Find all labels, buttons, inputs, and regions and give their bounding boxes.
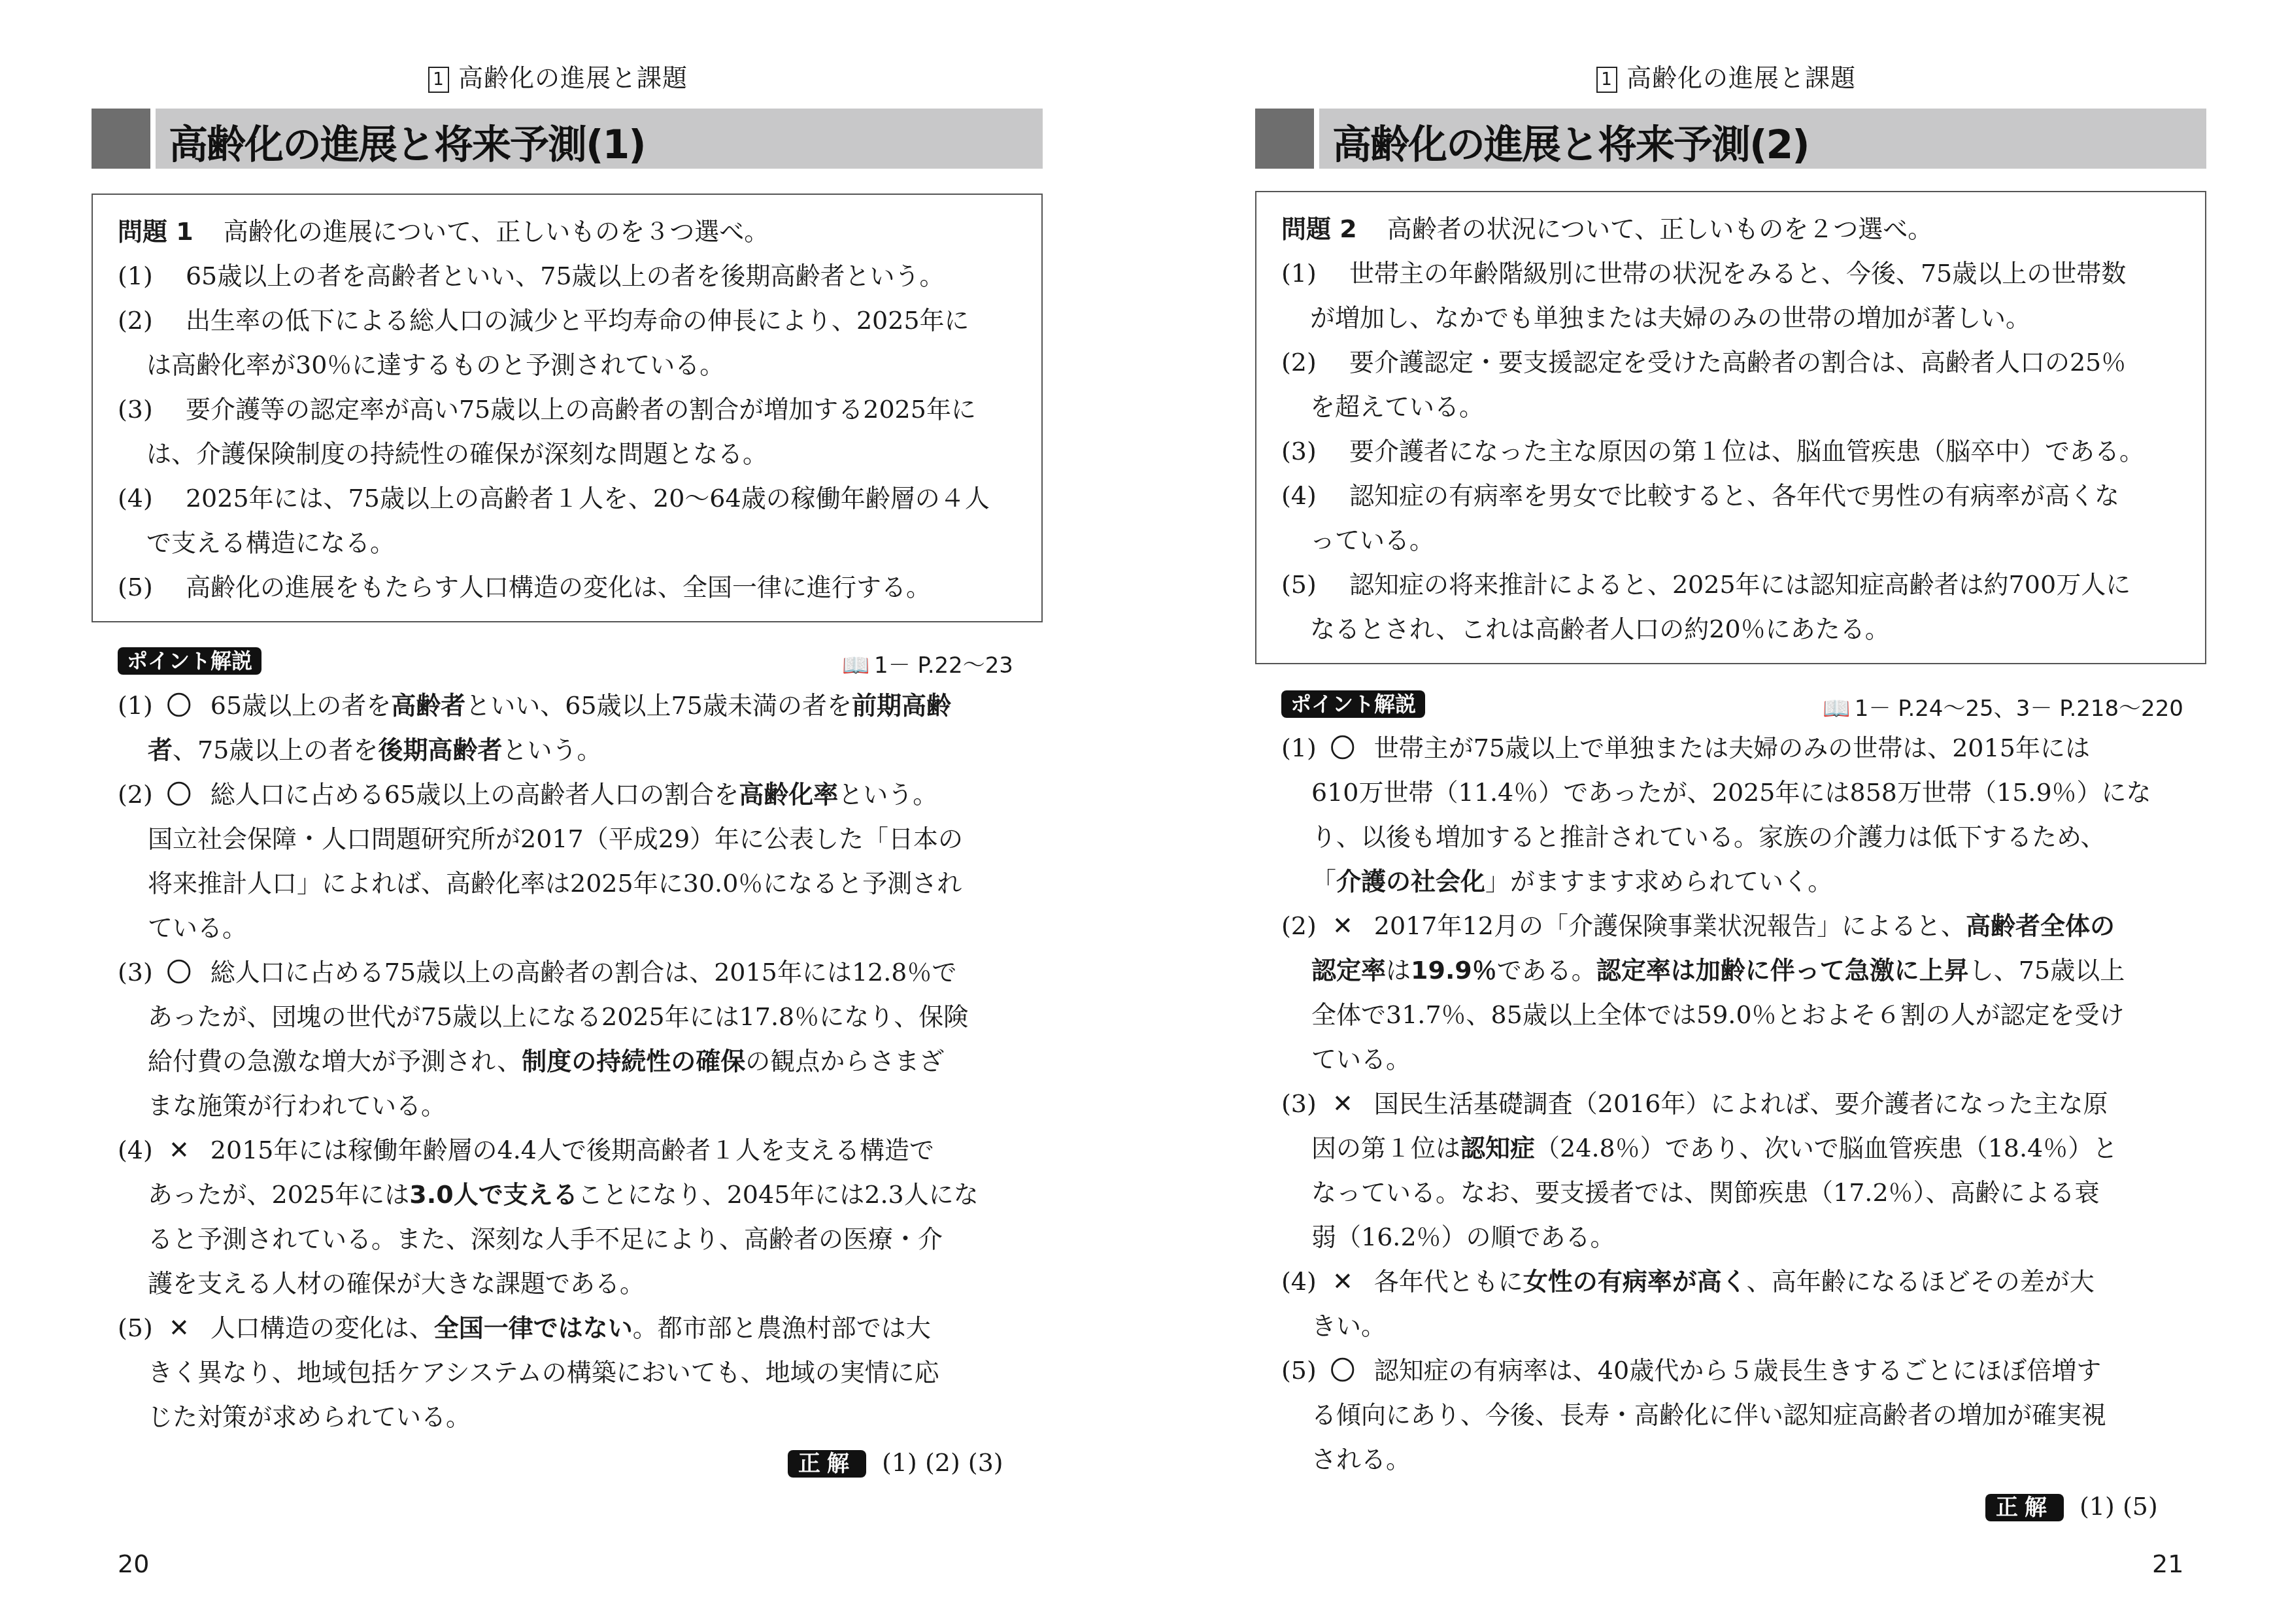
answer-badge: 正解 <box>788 1450 866 1478</box>
cross-mark-icon: ✕ <box>1328 1259 1357 1304</box>
explanation-line: (3)〇総人口に占める75歳以上の高齢者の割合は、2015年には12.8％で <box>118 950 1033 994</box>
item-number: (1) <box>1281 734 1317 762</box>
item-number: (2) <box>1281 911 1317 940</box>
open-book-icon: 📖 <box>1823 696 1850 722</box>
explanation-line: じた対策が求められている。 <box>118 1395 1033 1439</box>
body-text: といい、65歳以上75歳未満の者を <box>465 691 852 720</box>
left-page: 1高齢化の進展と課題 高齢化の進展と将来予測(1) 問題 1高齢化の進展について… <box>0 0 1145 1624</box>
cross-mark-icon: ✕ <box>165 1306 194 1350</box>
explanation-line: ている。 <box>1281 1037 2197 1081</box>
question-prompt: 高齢化の進展について、正しいものを３つ選べ。 <box>224 217 769 246</box>
answer-row: 正解(1) (5) <box>1985 1492 2158 1521</box>
explanation-line: まな施策が行われている。 <box>118 1083 1033 1128</box>
explanation-line: (4)✕各年代ともに女性の有病率が高く、高年齢になるほどその差が大 <box>1281 1259 2197 1304</box>
body-text: あったが、団塊の世代が75歳以上になる2025年には17.8％になり、保険 <box>148 1002 968 1031</box>
question-option-line: (5) 認知症の将来推計によると、2025年には認知症高齢者は約700万人に <box>1281 562 2185 607</box>
body-text: 因の第１位は <box>1311 1134 1460 1162</box>
point-badge: ポイント解説 <box>118 647 261 675</box>
explanation-line: あったが、2025年には3.0人で支えることになり、2045年には2.3人にな <box>118 1172 1033 1217</box>
body-text: る傾向にあり、今後、長寿・高齢化に伴い認知症高齢者の増加が確実視 <box>1311 1400 2106 1429</box>
explanation-line: 護を支える人材の確保が大きな課題である。 <box>118 1261 1033 1306</box>
emphasis-text: 認定率 <box>1311 956 1386 985</box>
body-text: 国民生活基礎調査（2016年）によれば、要介護者になった主な原 <box>1374 1089 2108 1118</box>
emphasis-text: 認定率は加齢に伴って急激に上昇 <box>1596 956 1969 985</box>
question-options: (1) 世帯主の年齢階級別に世帯の状況をみると、今後、75歳以上の世帯数が増加し… <box>1281 251 2185 651</box>
question-option-line: (2) 出生率の低下による総人口の減少と平均寿命の伸長により、2025年に <box>118 298 1022 343</box>
chapter-title: 高齢化の進展と課題 <box>458 63 688 92</box>
explanation-line: 弱（16.2％）の順である。 <box>1281 1215 2197 1259</box>
body-text: 610万世帯（11.4％）であったが、2025年には858万世帯（15.9％）に… <box>1311 778 2151 807</box>
body-text: きい。 <box>1311 1311 1386 1340</box>
answer-row: 正解(1) (2) (3) <box>788 1448 1003 1478</box>
question-label: 問題 1 <box>118 217 194 246</box>
answer-badge: 正解 <box>1985 1494 2064 1521</box>
explanation-line: り、以後も増加すると推計されている。家族の介護力は低下するため、 <box>1281 815 2197 859</box>
emphasis-text: 19.9％ <box>1411 956 1497 985</box>
body-text: 総人口に占める65歳以上の高齢者人口の割合を <box>210 780 739 809</box>
section-title: 高齢化の進展と将来予測(1) <box>169 114 645 170</box>
point-header: ポイント解説 📖1－ P.24〜25、3－ P.218〜220 <box>1281 690 2183 719</box>
answer-value: (1) (5) <box>2080 1492 2158 1521</box>
emphasis-text: 女性の有病率が高く <box>1523 1267 1747 1296</box>
circle-mark-icon: 〇 <box>165 772 194 817</box>
item-number: (3) <box>118 958 153 987</box>
body-text: ている。 <box>1311 1045 1411 1074</box>
question-heading: 問題 2高齢者の状況について、正しいものを２つ選べ。 <box>1281 207 2185 251</box>
question-box: 問題 1高齢化の進展について、正しいものを３つ選べ。 (1) 65歳以上の者を高… <box>92 194 1043 622</box>
question-option-line: (4) 認知症の有病率を男女で比較すると、各年代で男性の有病率が高くな <box>1281 473 2185 518</box>
emphasis-text: 3.0人で支える <box>409 1180 577 1209</box>
reference-pages: 1－ P.22〜23 <box>874 652 1013 679</box>
body-text: 2015年には稼働年齢層の4.4人で後期高齢者１人を支える構造で <box>210 1136 934 1164</box>
title-tab-decoration <box>1255 109 1319 169</box>
question-option-line: (1) 世帯主の年齢階級別に世帯の状況をみると、今後、75歳以上の世帯数 <box>1281 251 2185 296</box>
page-number: 20 <box>118 1549 149 1578</box>
explanation-line: ると予測されている。また、深刻な人手不足により、高齢者の医療・介 <box>118 1217 1033 1261</box>
body-text: という。 <box>502 736 601 764</box>
point-header: ポイント解説 📖1－ P.22〜23 <box>118 647 1013 676</box>
body-text: 世帯主が75歳以上で単独または夫婦のみの世帯は、2015年には <box>1374 734 2090 762</box>
section-title-bar: 高齢化の進展と将来予測(1) <box>92 109 1043 169</box>
question-label: 問題 2 <box>1281 214 1357 243</box>
emphasis-text: 後期高齢者 <box>378 736 502 764</box>
emphasis-text: 者 <box>148 736 173 764</box>
cross-mark-icon: ✕ <box>165 1128 194 1172</box>
question-option-line: (3) 要介護者になった主な原因の第１位は、脳血管疾患（脳卒中）である。 <box>1281 429 2185 473</box>
body-text: 総人口に占める75歳以上の高齢者の割合は、2015年には12.8％で <box>210 958 957 987</box>
explanation-line: 全体で31.7％、85歳以上全体では59.0％とおよそ６割の人が認定を受け <box>1281 992 2197 1037</box>
emphasis-text: 介護の社会化 <box>1336 867 1485 896</box>
question-options: (1) 65歳以上の者を高齢者といい、75歳以上の者を後期高齢者という。(2) … <box>118 254 1022 609</box>
explanation-line: なっている。なお、要支援者では、関節疾患（17.2％）、高齢による衰 <box>1281 1170 2197 1215</box>
running-head: 1高齢化の進展と課題 <box>1596 58 1856 93</box>
emphasis-text: 前期高齢 <box>852 691 951 720</box>
explanation-line: (1)〇世帯主が75歳以上で単独または夫婦のみの世帯は、2015年には <box>1281 726 2197 770</box>
explanation-line: (4)✕2015年には稼働年齢層の4.4人で後期高齢者１人を支える構造で <box>118 1128 1033 1172</box>
explanation-line: (5)✕人口構造の変化は、全国一律ではない。都市部と農漁村部では大 <box>118 1306 1033 1350</box>
body-text: まな施策が行われている。 <box>148 1091 446 1120</box>
question-heading: 問題 1高齢化の進展について、正しいものを３つ選べ。 <box>118 209 1022 254</box>
emphasis-text: 認知症 <box>1460 1134 1535 1162</box>
explanation-line: ている。 <box>118 905 1033 950</box>
item-number: (2) <box>118 780 153 809</box>
body-text: し、75歳以上 <box>1969 956 2125 985</box>
question-option-line: は、介護保険制度の持続性の確保が深刻な問題となる。 <box>118 431 1022 476</box>
body-text: 。都市部と農漁村部では大 <box>633 1313 931 1342</box>
circle-mark-icon: 〇 <box>1328 726 1357 770</box>
cross-mark-icon: ✕ <box>1328 1081 1357 1126</box>
body-text: （24.8％）であり、次いで脳血管疾患（18.4％）と <box>1535 1134 2117 1162</box>
explanation-line: 者、75歳以上の者を後期高齢者という。 <box>118 728 1033 772</box>
emphasis-text: 全国一律ではない <box>434 1313 633 1342</box>
page-number: 21 <box>2152 1549 2183 1578</box>
explanation-line: 因の第１位は認知症（24.8％）であり、次いで脳血管疾患（18.4％）と <box>1281 1126 2197 1170</box>
explanation-line: きい。 <box>1281 1304 2197 1348</box>
section-title-bar: 高齢化の進展と将来予測(2) <box>1255 109 2206 169</box>
answer-value: (1) (2) (3) <box>882 1448 1003 1477</box>
running-head: 1高齢化の進展と課題 <box>428 58 688 93</box>
title-tab-decoration <box>92 109 156 169</box>
body-text: 給付費の急激な増大が予測され、 <box>148 1047 522 1075</box>
reference: 📖1－ P.24〜25、3－ P.218〜220 <box>1823 690 2183 722</box>
question-option-line: (2) 要介護認定・要支援認定を受けた高齢者の割合は、高齢者人口の25％ <box>1281 340 2185 384</box>
explanation-line: きく異なり、地域包括ケアシステムの構築においても、地域の実情に応 <box>118 1350 1033 1395</box>
question-option-line: は高齢化率が30％に達するものと予測されている。 <box>118 343 1022 387</box>
item-number: (5) <box>1281 1356 1317 1385</box>
body-text: じた対策が求められている。 <box>148 1402 471 1431</box>
explanation-line: あったが、団塊の世代が75歳以上になる2025年には17.8％になり、保険 <box>118 994 1033 1039</box>
question-option-line: を超えている。 <box>1281 384 2185 429</box>
question-option-line: (3) 要介護等の認定率が高い75歳以上の高齢者の割合が増加する2025年に <box>118 387 1022 431</box>
chapter-number-box: 1 <box>428 67 449 93</box>
body-text: 護を支える人材の確保が大きな課題である。 <box>148 1269 645 1298</box>
body-text: なっている。なお、要支援者では、関節疾患（17.2％）、高齢による衰 <box>1311 1178 2100 1207</box>
item-number: (4) <box>118 1136 153 1164</box>
reference: 📖1－ P.22〜23 <box>843 647 1013 679</box>
point-badge: ポイント解説 <box>1281 690 1425 718</box>
open-book-icon: 📖 <box>843 652 870 679</box>
item-number: (3) <box>1281 1089 1317 1118</box>
explanation-line: 将来推計人口」によれば、高齢化率は2025年に30.0％になると予測され <box>118 861 1033 905</box>
body-text: 各年代ともに <box>1374 1267 1523 1296</box>
item-number: (4) <box>1281 1267 1317 1296</box>
explanation-line: 610万世帯（11.4％）であったが、2025年には858万世帯（15.9％）に… <box>1281 770 2197 815</box>
body-text: である。 <box>1497 956 1596 985</box>
body-text: 2017年12月の「介護保険事業状況報告」によると、 <box>1374 911 1966 940</box>
question-option-line: (4) 2025年には、75歳以上の高齢者１人を、20〜64歳の稼働年齢層の４人 <box>118 476 1022 520</box>
body-text: ことになり、2045年には2.3人にな <box>578 1180 979 1209</box>
emphasis-text: 高齢化率 <box>739 780 838 809</box>
body-text: される。 <box>1311 1445 1411 1474</box>
question-option-line: で支える構造になる。 <box>118 520 1022 565</box>
body-text: 」がますます求められていく。 <box>1485 867 1832 896</box>
question-option-line: (1) 65歳以上の者を高齢者といい、75歳以上の者を後期高齢者という。 <box>118 254 1022 298</box>
emphasis-text: 高齢者全体の <box>1966 911 2115 940</box>
explanation-line: (5)〇認知症の有病率は、40歳代から５歳長生きするごとにほぼ倍増す <box>1281 1348 2197 1393</box>
item-number: (1) <box>118 691 153 720</box>
explanation-line: (3)✕国民生活基礎調査（2016年）によれば、要介護者になった主な原 <box>1281 1081 2197 1126</box>
explanation-line: 給付費の急激な増大が予測され、制度の持続性の確保の観点からさまざ <box>118 1039 1033 1083</box>
circle-mark-icon: 〇 <box>165 950 194 994</box>
circle-mark-icon: 〇 <box>1328 1348 1357 1393</box>
question-option-line: っている。 <box>1281 518 2185 562</box>
body-text: ている。 <box>148 913 247 942</box>
item-number: (5) <box>118 1313 153 1342</box>
chapter-number-box: 1 <box>1596 67 1617 93</box>
body-text: 認知症の有病率は、40歳代から５歳長生きするごとにほぼ倍増す <box>1374 1356 2101 1385</box>
reference-pages: 1－ P.24〜25、3－ P.218〜220 <box>1855 696 2183 722</box>
body-text: 「 <box>1311 867 1336 896</box>
question-option-line: なるとされ、これは高齢者人口の約20％にあたる。 <box>1281 607 2185 651</box>
body-text: きく異なり、地域包括ケアシステムの構築においても、地域の実情に応 <box>148 1358 939 1387</box>
body-text: は <box>1386 956 1411 985</box>
cross-mark-icon: ✕ <box>1328 904 1357 948</box>
chapter-title: 高齢化の進展と課題 <box>1626 63 1856 92</box>
question-prompt: 高齢者の状況について、正しいものを２つ選べ。 <box>1387 214 1932 243</box>
body-text: り、以後も増加すると推計されている。家族の介護力は低下するため、 <box>1311 822 2105 851</box>
body-text: 国立社会保障・人口問題研究所が2017（平成29）年に公表した「日本の <box>148 824 963 853</box>
explanation-line: (2)✕2017年12月の「介護保険事業状況報告」によると、高齢者全体の <box>1281 904 2197 948</box>
body-text: 65歳以上の者を <box>210 691 391 720</box>
body-text: 、高年齢になるほどその差が大 <box>1747 1267 2095 1296</box>
right-page: 1高齢化の進展と課題 高齢化の進展と将来予測(2) 問題 2高齢者の状況について… <box>1145 0 2290 1624</box>
explanations: (1)〇世帯主が75歳以上で単独または夫婦のみの世帯は、2015年には610万世… <box>1281 726 2197 1481</box>
explanation-line: 国立社会保障・人口問題研究所が2017（平成29）年に公表した「日本の <box>118 817 1033 861</box>
circle-mark-icon: 〇 <box>165 683 194 728</box>
explanation-line: (2)〇総人口に占める65歳以上の高齢者人口の割合を高齢化率という。 <box>118 772 1033 817</box>
explanations: (1)〇65歳以上の者を高齢者といい、65歳以上75歳未満の者を前期高齢者、75… <box>118 683 1033 1439</box>
question-box: 問題 2高齢者の状況について、正しいものを２つ選べ。 (1) 世帯主の年齢階級別… <box>1255 191 2206 664</box>
emphasis-text: 制度の持続性の確保 <box>522 1047 745 1075</box>
body-text: という。 <box>838 780 937 809</box>
question-option-line: が増加し、なかでも単独または夫婦のみの世帯の増加が著しい。 <box>1281 296 2185 340</box>
explanation-line: 「介護の社会化」がますます求められていく。 <box>1281 859 2197 904</box>
body-text: 弱（16.2％）の順である。 <box>1311 1223 1615 1251</box>
body-text: の観点からさまざ <box>745 1047 944 1075</box>
explanation-line: (1)〇65歳以上の者を高齢者といい、65歳以上75歳未満の者を前期高齢 <box>118 683 1033 728</box>
emphasis-text: 高齢者 <box>391 691 465 720</box>
body-text: 全体で31.7％、85歳以上全体では59.0％とおよそ６割の人が認定を受け <box>1311 1000 2125 1029</box>
explanation-line: 認定率は19.9％である。認定率は加齢に伴って急激に上昇し、75歳以上 <box>1281 948 2197 992</box>
question-option-line: (5) 高齢化の進展をもたらす人口構造の変化は、全国一律に進行する。 <box>118 565 1022 609</box>
body-text: 将来推計人口」によれば、高齢化率は2025年に30.0％になると予測され <box>148 869 962 898</box>
body-text: ると予測されている。また、深刻な人手不足により、高齢者の医療・介 <box>148 1225 943 1253</box>
explanation-line: る傾向にあり、今後、長寿・高齢化に伴い認知症高齢者の増加が確実視 <box>1281 1393 2197 1437</box>
body-text: 人口構造の変化は、 <box>210 1313 434 1342</box>
body-text: あったが、2025年には <box>148 1180 409 1209</box>
section-title: 高齢化の進展と将来予測(2) <box>1332 114 1809 170</box>
body-text: 、75歳以上の者を <box>173 736 378 764</box>
explanation-line: される。 <box>1281 1437 2197 1481</box>
